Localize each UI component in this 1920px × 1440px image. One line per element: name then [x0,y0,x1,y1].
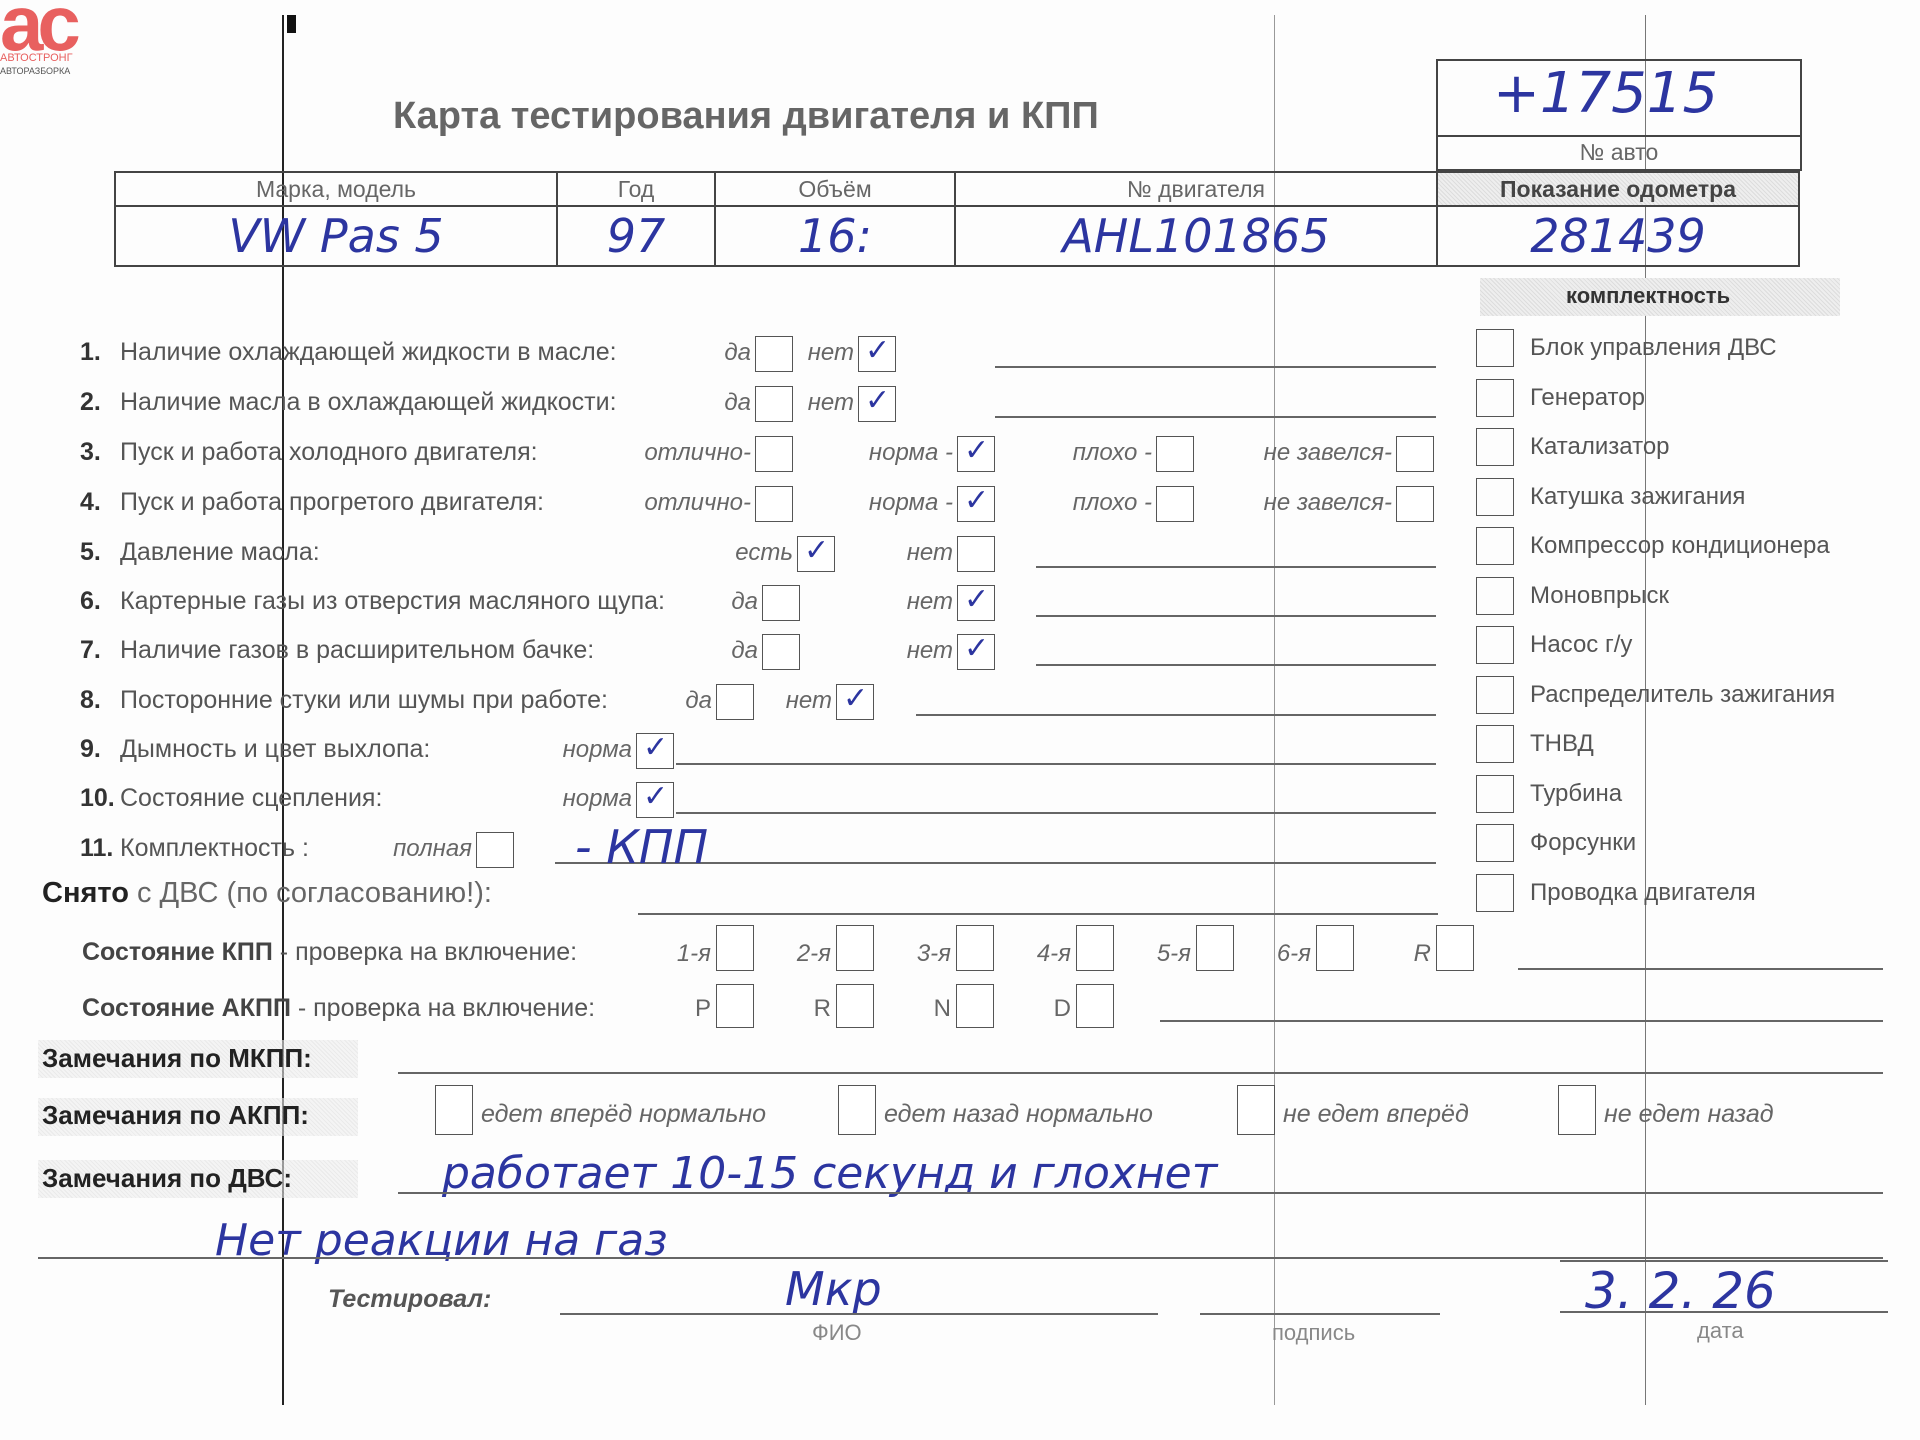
kit-item-label: Распределитель зажигания [1530,681,1835,709]
removed-input-line[interactable] [638,913,1438,915]
value-year: 97 [557,206,715,266]
option-label: нет [808,339,854,367]
gear-checkbox[interactable] [956,925,994,971]
kit-item-label: Проводка двигателя [1530,879,1756,907]
page-title: Карта тестирования двигателя и КПП [393,95,1099,138]
check-mark-icon: ✓ [964,483,989,518]
kit-item-label: Турбина [1530,780,1622,808]
col-make-model: Марка, модель [115,172,557,206]
gear-label: 3-я [917,940,951,968]
header-table: Марка, модель Год Объём № двигателя Пока… [114,171,1800,267]
kit-item-label: Катализатор [1530,433,1670,461]
notes-line[interactable] [916,714,1436,716]
option-checkbox[interactable] [476,832,514,868]
option-checkbox[interactable]: ✓ [858,336,896,372]
kit-checkbox[interactable] [1476,775,1514,813]
checklist-item-label: Комплектность : [120,834,309,863]
completeness-note: - КПП [575,820,708,874]
option-checkbox[interactable] [755,436,793,472]
option-checkbox[interactable] [1396,486,1434,522]
option-label: да [731,637,758,665]
option-checkbox[interactable]: ✓ [957,634,995,670]
removed-label: Снято с ДВС (по согласованию!): [42,877,492,910]
option-label: плохо - [1073,439,1152,467]
kit-item-label: ТНВД [1530,730,1594,758]
option-checkbox[interactable]: ✓ [957,486,995,522]
remarks-engine-input-1[interactable] [398,1192,1883,1194]
option-checkbox[interactable] [755,336,793,372]
check-mark-icon: ✓ [964,433,989,468]
kit-checkbox[interactable] [1476,379,1514,417]
checklist-item-number: 3. [80,438,101,467]
kit-title: комплектность [1566,283,1730,309]
remarks-manual-label: Замечания по МКПП: [42,1043,312,1074]
check-mark-icon: ✓ [643,730,668,765]
auto-remark-label: едет вперёд нормально [481,1100,766,1129]
remarks-engine-label: Замечания по ДВС: [42,1163,292,1194]
auto-gearbox-label-bold: Состояние АКПП [82,994,291,1022]
auto-remark-checkbox[interactable] [838,1085,876,1135]
option-label: не завелся- [1264,439,1392,467]
mode-label: R [814,995,831,1023]
option-label: норма [563,736,632,764]
kit-item-label: Компрессор кондиционера [1530,532,1830,560]
auto-remark-checkbox[interactable] [435,1085,473,1135]
manual-gearbox-label: Состояние КПП - проверка на включение: [82,938,577,967]
gear-checkbox[interactable] [1316,925,1354,971]
kit-checkbox[interactable] [1476,824,1514,862]
manual-gearbox-label-bold: Состояние КПП [82,938,273,966]
gear-checkbox[interactable] [716,925,754,971]
option-checkbox[interactable] [957,536,995,572]
remarks-manual-line[interactable] [398,1072,1883,1074]
auto-gearbox-label-rest: - проверка на включение: [291,994,595,1022]
check-mark-icon: ✓ [643,779,668,814]
option-label: да [731,588,758,616]
option-label: норма [563,785,632,813]
kit-item-label: Насос г/у [1530,631,1632,659]
notes-line[interactable] [1036,566,1436,568]
tested-by-label: Тестировал: [328,1285,491,1314]
option-checkbox[interactable]: ✓ [636,782,674,818]
kit-checkbox[interactable] [1476,577,1514,615]
auto-remark-label: не едет вперёд [1283,1100,1469,1129]
kit-checkbox[interactable] [1476,626,1514,664]
checklist-item-label: Состояние сцепления: [120,784,382,813]
tested-by-name-caption: ФИО [812,1320,862,1346]
notes-line[interactable] [1036,615,1436,617]
removed-label-rest: с ДВС (по согласованию!): [129,877,492,909]
checklist-item-label: Пуск и работа холодного двигателя: [120,438,538,467]
gear-label: R [1414,940,1431,968]
gear-label: 4-я [1037,940,1071,968]
mode-checkbox[interactable] [716,984,754,1028]
auto-remark-checkbox[interactable] [1558,1085,1596,1135]
auto-remark-label: едет назад нормально [884,1100,1153,1129]
option-label: отлично- [644,489,751,517]
car-number-box: +17515 № авто [1436,59,1802,171]
auto-gearbox-label: Состояние АКПП - проверка на включение: [82,994,595,1023]
checklist-item-number: 1. [80,338,101,367]
logo-name: АВТОСТРОНГ [0,52,73,64]
checklist-item-label: Посторонние стуки или шумы при работе: [120,686,608,715]
checklist-item-label: Наличие охлаждающей жидкости в масле: [120,338,617,367]
kit-checkbox[interactable] [1476,329,1514,367]
value-volume: 16: [715,206,955,266]
col-engine-number: № двигателя [955,172,1437,206]
option-label: нет [907,637,953,665]
kit-checkbox[interactable] [1476,478,1514,516]
option-label: плохо - [1073,489,1152,517]
gear-checkbox[interactable] [1436,925,1474,971]
gear-label: 5-я [1157,940,1191,968]
kit-checkbox[interactable] [1476,428,1514,466]
car-number-value: +17515 [1493,61,1718,126]
option-checkbox[interactable] [755,386,793,422]
kit-item-label: Генератор [1530,384,1645,412]
date-caption: дата [1697,1318,1744,1344]
notes-line[interactable] [676,812,1436,814]
mode-label: P [695,995,711,1023]
gear-checkbox[interactable] [1196,925,1234,971]
remarks-auto-label: Замечания по АКПП: [42,1100,309,1131]
notes-line[interactable] [995,366,1436,368]
kit-checkbox[interactable] [1476,874,1514,912]
col-year: Год [557,172,715,206]
option-label: полная [393,835,472,863]
car-number-label: № авто [1438,139,1800,166]
auto-gearbox-note-line[interactable] [1160,1020,1883,1022]
manual-gearbox-label-rest: - проверка на включение: [273,938,577,966]
value-engine-number: AHL101865 [955,206,1437,266]
mode-checkbox[interactable] [1076,984,1114,1028]
checklist-item-number: 9. [80,735,101,764]
auto-remark-label: не едет назад [1604,1100,1774,1129]
checklist-item-label: Наличие масла в охлаждающей жидкости: [120,388,617,417]
gear-label: 2-я [797,940,831,968]
option-checkbox[interactable] [762,634,800,670]
mode-label: N [934,995,951,1023]
option-checkbox[interactable]: ✓ [858,386,896,422]
gear-checkbox[interactable] [1076,925,1114,971]
checklist-item-number: 10. [80,784,115,813]
kit-item-label: Моновпрыск [1530,582,1669,610]
mode-checkbox[interactable] [956,984,994,1028]
option-checkbox[interactable]: ✓ [957,436,995,472]
kit-checkbox[interactable] [1476,676,1514,714]
option-label: не завелся- [1264,489,1392,517]
checklist-item-number: 7. [80,636,101,665]
mode-checkbox[interactable] [836,984,874,1028]
checklist-item-number: 2. [80,388,101,417]
tested-by-name-line[interactable] [560,1313,1158,1315]
tested-by-name: Мкр [785,1262,882,1316]
option-label: да [724,389,751,417]
notes-line[interactable] [995,416,1436,418]
check-mark-icon: ✓ [964,582,989,617]
notes-line[interactable] [1036,664,1436,666]
mode-label: D [1054,995,1071,1023]
option-checkbox[interactable] [1396,436,1434,472]
auto-remark-checkbox[interactable] [1237,1085,1275,1135]
check-mark-icon: ✓ [843,681,868,716]
gear-label: 1-я [677,940,711,968]
manual-gearbox-note-line[interactable] [1518,968,1883,970]
option-label: нет [786,687,832,715]
option-checkbox[interactable]: ✓ [957,585,995,621]
kit-checkbox[interactable] [1476,725,1514,763]
check-mark-icon: ✓ [865,333,890,368]
kit-item-label: Форсунки [1530,829,1636,857]
col-odometer: Показание одометра [1437,172,1799,206]
option-checkbox[interactable] [1156,436,1194,472]
logo: ac АВТОСТРОНГ АВТОРАЗБОРКА [0,0,110,80]
checklist-item-number: 6. [80,587,101,616]
option-checkbox[interactable] [716,684,754,720]
kit-checkbox[interactable] [1476,527,1514,565]
check-mark-icon: ✓ [804,533,829,568]
kit-item-label: Катушка зажигания [1530,483,1745,511]
check-mark-icon: ✓ [865,383,890,418]
option-label: да [724,339,751,367]
removed-label-bold: Снято [42,877,129,909]
option-label: норма - [869,439,953,467]
remarks-engine-input-2[interactable] [38,1257,1883,1259]
signature-caption: подпись [1272,1320,1355,1346]
option-checkbox[interactable] [762,585,800,621]
checklist-item-number: 8. [80,686,101,715]
kit-item-label: Блок управления ДВС [1530,334,1777,362]
checklist-item-label: Наличие газов в расширительном бачке: [120,636,594,665]
option-checkbox[interactable]: ✓ [636,733,674,769]
value-make-model: VW Pas 5 [115,206,557,266]
option-checkbox[interactable]: ✓ [836,684,874,720]
checklist-item-number: 5. [80,538,101,567]
checklist-item-label: Пуск и работа прогретого двигателя: [120,488,544,517]
col-volume: Объём [715,172,955,206]
option-label: нет [907,539,953,567]
gear-checkbox[interactable] [836,925,874,971]
checklist-item-label: Картерные газы из отверстия масляного щу… [120,587,665,616]
checklist-item-label: Дымность и цвет выхлопа: [120,735,430,764]
gear-label: 6-я [1277,940,1311,968]
option-label: отлично- [644,439,751,467]
option-label: да [685,687,712,715]
option-checkbox[interactable]: ✓ [797,536,835,572]
notes-line[interactable] [676,763,1436,765]
logo-tagline: АВТОРАЗБОРКА [0,66,70,76]
option-label: нет [907,588,953,616]
option-checkbox[interactable] [755,486,793,522]
scan-mark [287,15,296,33]
signature-line[interactable] [1200,1313,1440,1315]
option-label: нет [808,389,854,417]
option-checkbox[interactable] [1156,486,1194,522]
checklist-item-number: 4. [80,488,101,517]
date-line[interactable] [1560,1311,1888,1313]
option-label: норма - [869,489,953,517]
value-odometer: 281439 [1437,206,1799,266]
checklist-item-number: 11. [80,834,113,863]
checklist-item-label: Давление масла: [120,538,320,567]
check-mark-icon: ✓ [964,631,989,666]
option-label: есть [735,539,793,567]
